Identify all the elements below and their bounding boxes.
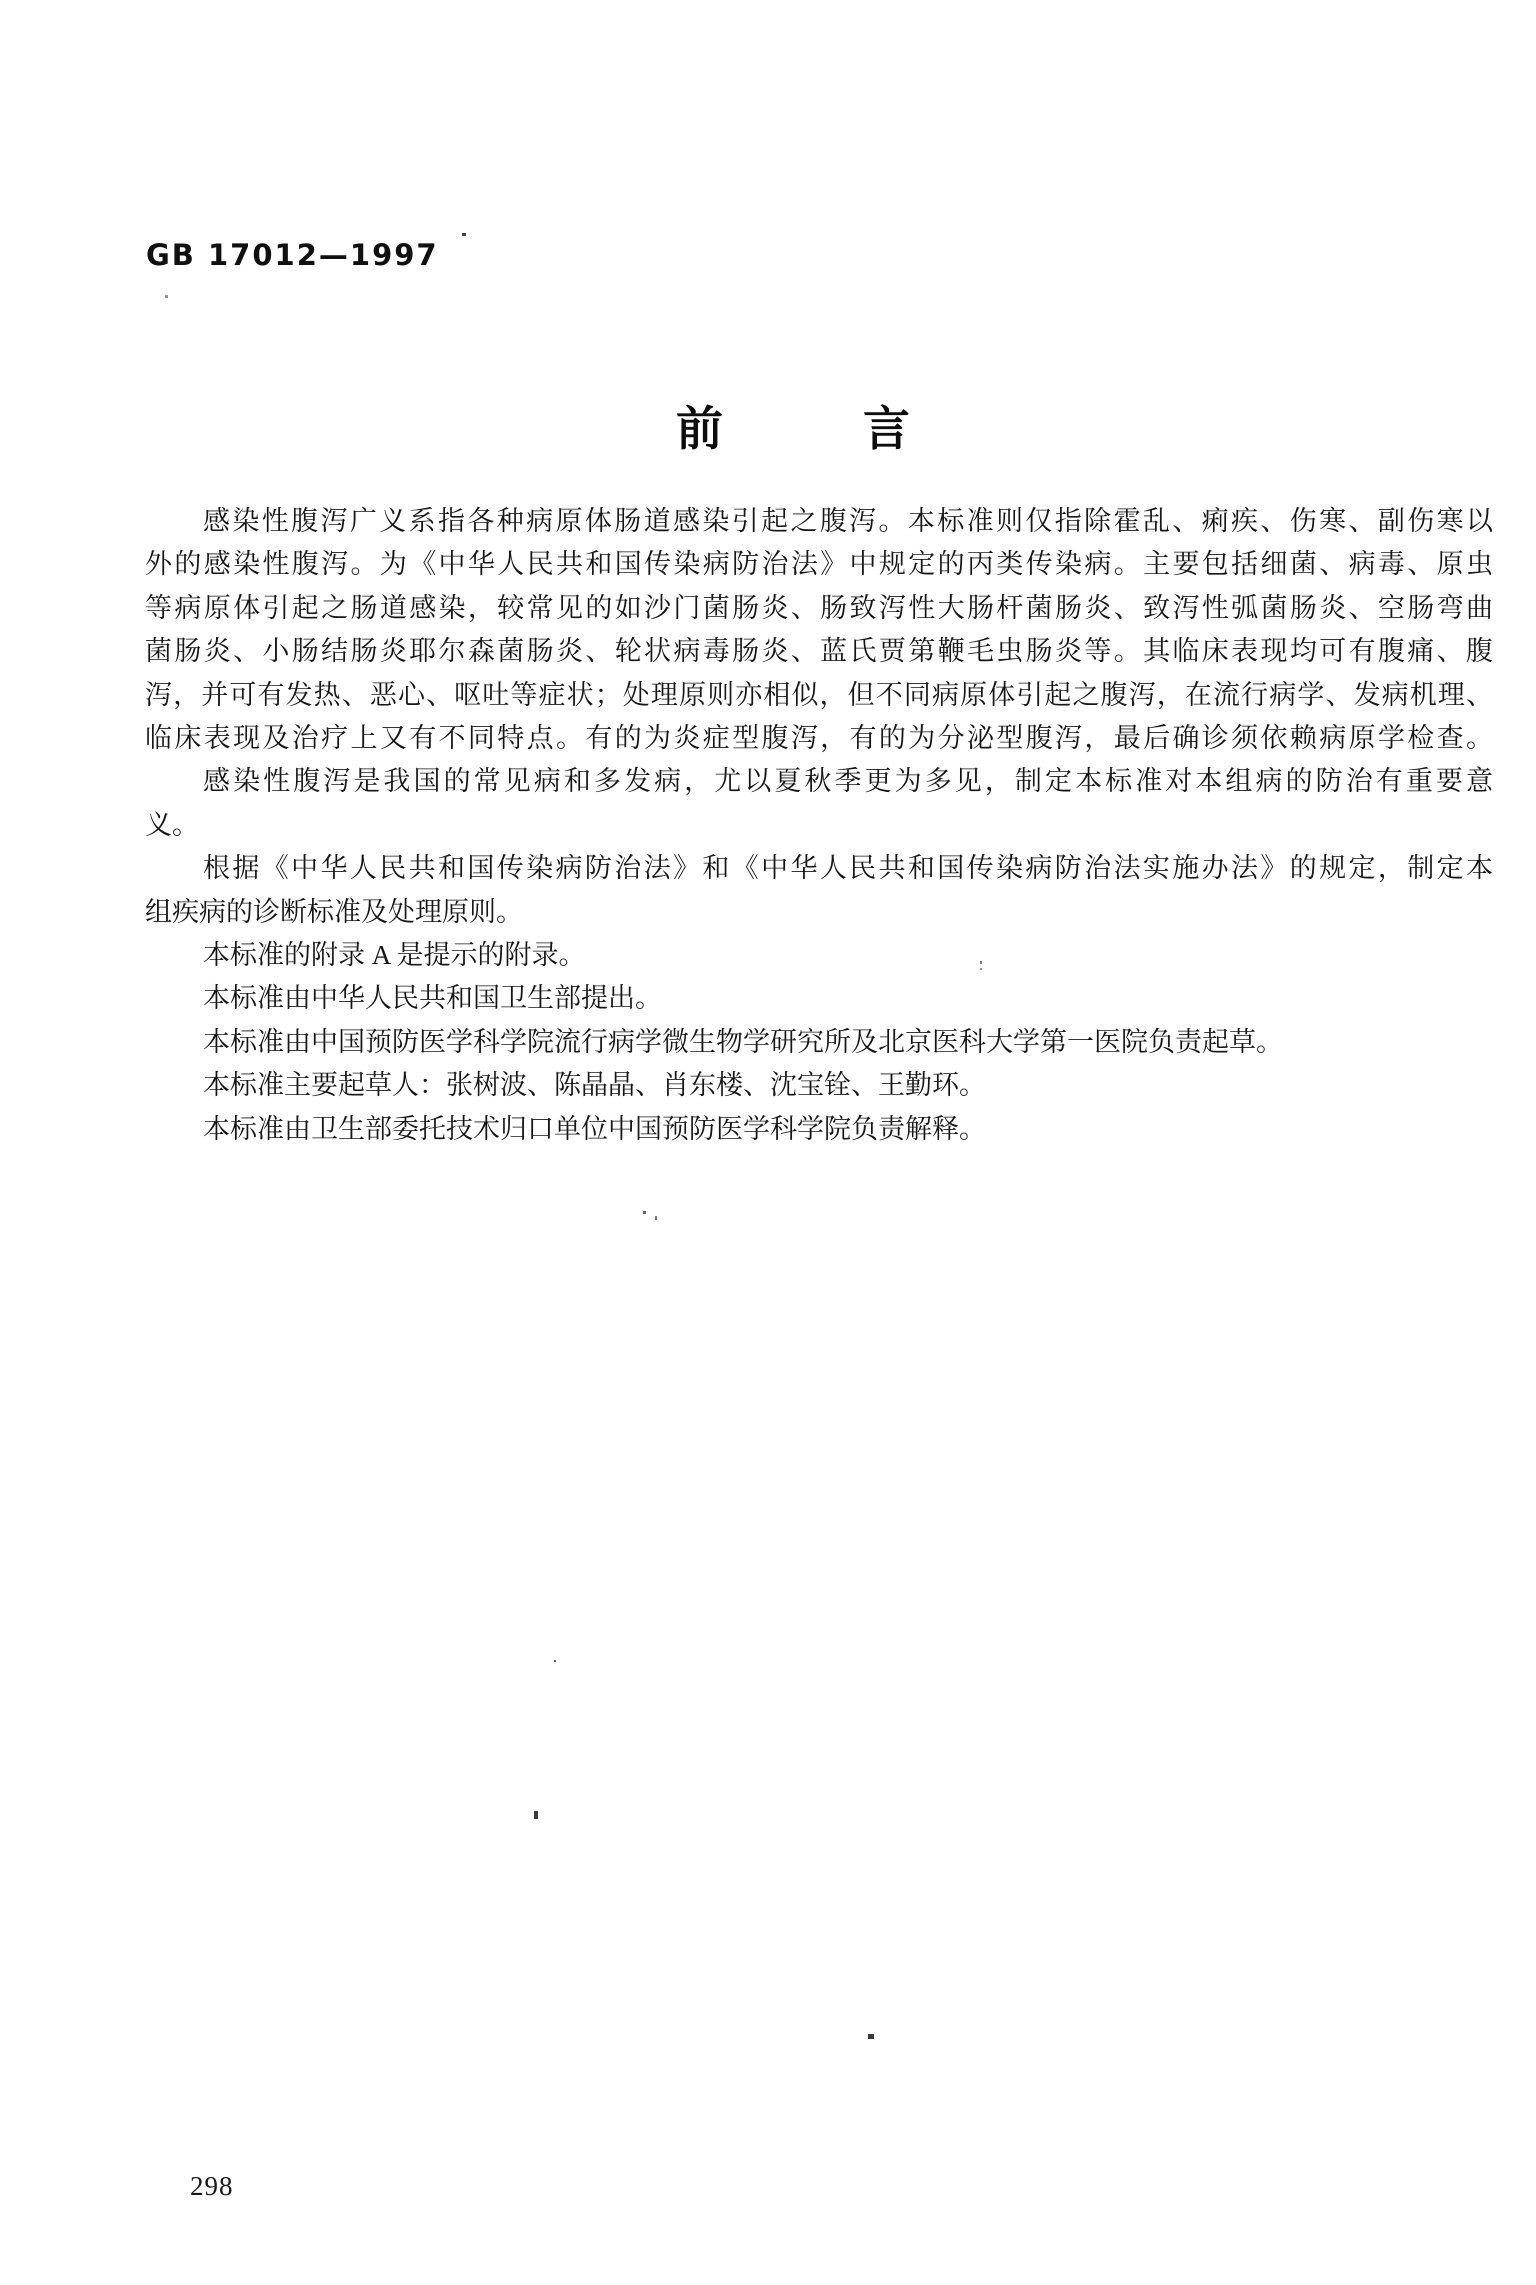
text-line: 根据《中华人民共和国传染病防治法》和《中华人民共和国传染病防治法实施办法》的规定… — [145, 847, 1493, 890]
text-line: 义。 — [145, 804, 1493, 847]
foreword-title-char-right: 言 — [863, 402, 910, 458]
scan-speck — [655, 1216, 657, 1220]
scan-speck — [534, 1811, 538, 1819]
text-line: 等病原体引起之肠道感染，较常见的如沙门菌肠炎、肠致泻性大肠杆菌肠炎、致泻性弧菌肠… — [145, 587, 1493, 630]
text-line: 本标准由中国预防医学科学院流行病学微生物学研究所及北京医科大学第一医院负责起草。 — [145, 1021, 1493, 1064]
scan-speck — [165, 295, 168, 298]
standard-number: GB 17012—1997 — [146, 238, 439, 272]
scan-speck — [980, 968, 982, 970]
text-line: 组疾病的诊断标准及处理原则。 — [145, 891, 1493, 934]
text-line: 感染性腹泻广义系指各种病原体肠道感染引起之腹泻。本标准则仅指除霍乱、痢疾、伤寒、… — [145, 500, 1493, 543]
foreword-title: 前 言 — [676, 402, 910, 458]
scan-speck — [980, 961, 982, 964]
text-line: 本标准由卫生部委托技术归口单位中国预防医学科学院负责解释。 — [145, 1108, 1493, 1151]
foreword-body: 感染性腹泻广义系指各种病原体肠道感染引起之腹泻。本标准则仅指除霍乱、痢疾、伤寒、… — [145, 500, 1493, 1151]
text-line: 外的感染性腹泻。为《中华人民共和国传染病防治法》中规定的丙类传染病。主要包括细菌… — [145, 543, 1493, 586]
text-line: 泻，并可有发热、恶心、呕吐等症状；处理原则亦相似，但不同病原体引起之腹泻，在流行… — [145, 674, 1493, 717]
scan-speck — [643, 1211, 646, 1214]
text-line: 菌肠炎、小肠结肠炎耶尔森菌肠炎、轮状病毒肠炎、蓝氏贾第鞭毛虫肠炎等。其临床表现均… — [145, 630, 1493, 673]
document-page: GB 17012—1997 前 言 感染性腹泻广义系指各种病原体肠道感染引起之腹… — [0, 0, 1536, 2285]
foreword-title-char-left: 前 — [676, 402, 723, 458]
text-line: 本标准由中华人民共和国卫生部提出。 — [145, 977, 1493, 1020]
page-number: 298 — [190, 2171, 234, 2202]
text-line: 本标准主要起草人：张树波、陈晶晶、肖东楼、沈宝铨、王勤环。 — [145, 1064, 1493, 1107]
text-line: 感染性腹泻是我国的常见病和多发病，尤以夏秋季更为多见，制定本标准对本组病的防治有… — [145, 760, 1493, 803]
scan-speck — [868, 2034, 874, 2039]
text-line: 本标准的附录 A 是提示的附录。 — [145, 934, 1493, 977]
scan-speck — [554, 1660, 556, 1662]
text-line: 临床表现及治疗上又有不同特点。有的为炎症型腹泻，有的为分泌型腹泻，最后确诊须依赖… — [145, 717, 1493, 760]
scan-speck — [462, 233, 466, 236]
